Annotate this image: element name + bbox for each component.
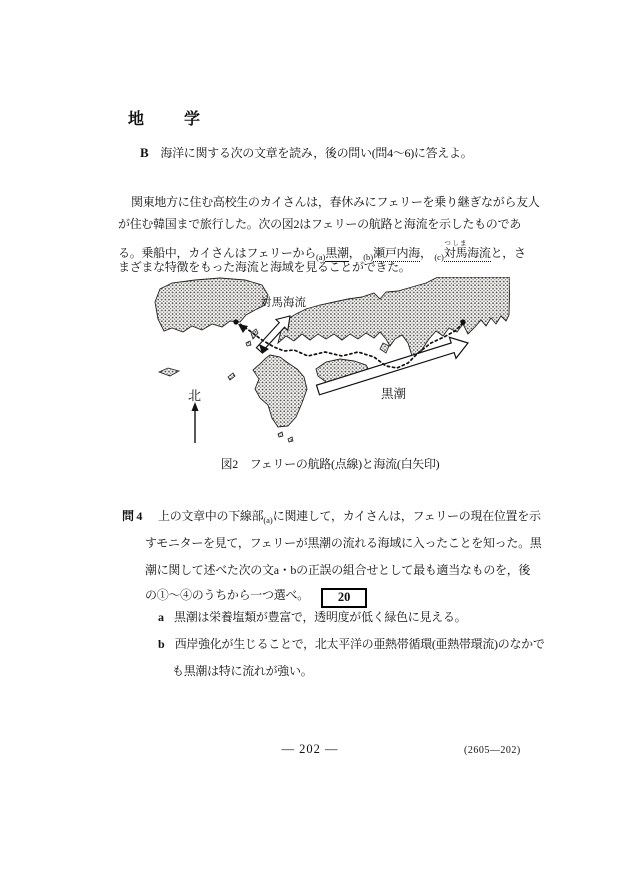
goto-islands: [228, 373, 235, 380]
option-a-text: 黒潮は栄養塩類が豊富で，透明度が低く緑色に見える。: [174, 610, 466, 624]
passage-line-2: が住む韓国まで旅行した。次の図2はフェリーの航路と海流を示したものであ: [118, 218, 521, 230]
passage-line-4: まざまな特徴をもった海流と海域を見ることができた。: [118, 261, 411, 273]
question-line-4: の①～④のうちから一つ選べ。20: [145, 586, 367, 606]
south-kyushu-islet-2: [288, 437, 293, 442]
section-label: B: [140, 145, 148, 160]
page-number: — 202 —: [0, 742, 620, 757]
figure2-map: 対馬海流 黒潮 北: [150, 277, 510, 453]
underline-marker-c: (c): [434, 252, 443, 262]
south-kyushu-islet-1: [278, 432, 283, 437]
tsushima-furigana: つしま: [444, 240, 467, 247]
kairyu-kanji: 海流: [467, 246, 490, 260]
busan-port-dot: [233, 319, 238, 324]
question-line-1-post: に関連して，カイさんは，フェリーの現在位置を示: [273, 509, 541, 523]
underlined-term-tsushima-current: 対馬つしま海流: [444, 246, 491, 262]
subject-title: 地 学: [128, 106, 212, 129]
tokyo-port-dot: [460, 319, 465, 324]
question-line-2: すモニターを見て，フェリーが黒潮の流れる海域に入ったことを知った。黒: [145, 537, 541, 549]
question-line-3: 潮に関して述べた次の文a・bの正誤の組合せとして最も適当なものを，後: [145, 564, 530, 576]
kyushu-landmass: [253, 355, 307, 427]
passage-line-3-post: と，さ: [491, 246, 526, 260]
iki-island: [246, 341, 251, 346]
north-label: 北: [188, 388, 201, 403]
section-text: 海洋に関する次の文章を読み，後の問い(問4～6)に答えよ。: [160, 146, 472, 160]
separator-1: ，: [349, 246, 361, 260]
honshu-landmass: [278, 277, 510, 360]
passage-line-3: る。乗船中，カイさんはフェリーから(a)黒潮， (b)瀬戸内海， (c)対馬つし…: [118, 240, 526, 262]
korea-landmass: [155, 278, 268, 332]
jeju-island: [159, 368, 179, 376]
question-line-1: 上の文章中の下線部(a)に関連して，カイさんは，フェリーの現在位置を示: [158, 510, 541, 525]
option-b-text-line-1: 西岸強化が生じることで，北太平洋の亜熱帯循環(亜熱帯環流)のなかで: [175, 637, 545, 651]
tsushima-kanji: 対馬: [444, 246, 467, 260]
option-b-text-line-2: も黒潮は特に流れが強い。: [172, 665, 312, 677]
tsushima-ruby: 対馬つしま: [444, 246, 467, 260]
figure2-caption: 図2 フェリーの航路(点線)と海流(白矢印): [150, 458, 510, 470]
passage-line-1: 関東地方に住む高校生のカイさんは，春休みにフェリーを乗り継ぎながら友人: [118, 196, 540, 208]
section-heading: B海洋に関する次の文章を読み，後の問い(問4～6)に答えよ。: [140, 146, 472, 159]
question-line-1-pre: 上の文章中の下線部: [158, 509, 263, 523]
answer-number-box: 20: [321, 588, 368, 608]
north-arrow-head: [192, 402, 199, 411]
question-line-4-text: の①～④のうちから一つ選べ。: [145, 588, 309, 602]
exam-page: 地 学 B海洋に関する次の文章を読み，後の問い(問4～6)に答えよ。 関東地方に…: [0, 0, 620, 876]
question-underline-ref-a: (a): [263, 515, 272, 525]
option-a-label: a: [158, 610, 164, 624]
question-number: 問 4: [122, 510, 142, 522]
kuroshio-label: 黒潮: [381, 386, 406, 401]
passage-line-3-pre: る。乗船中，カイさんはフェリーから: [118, 246, 316, 260]
separator-2: ，: [420, 246, 432, 260]
awaji-island: [380, 343, 389, 353]
document-code: (2605—202): [464, 745, 521, 756]
option-b-label: b: [158, 637, 165, 651]
tsushima-current-label: 対馬海流: [260, 295, 306, 309]
